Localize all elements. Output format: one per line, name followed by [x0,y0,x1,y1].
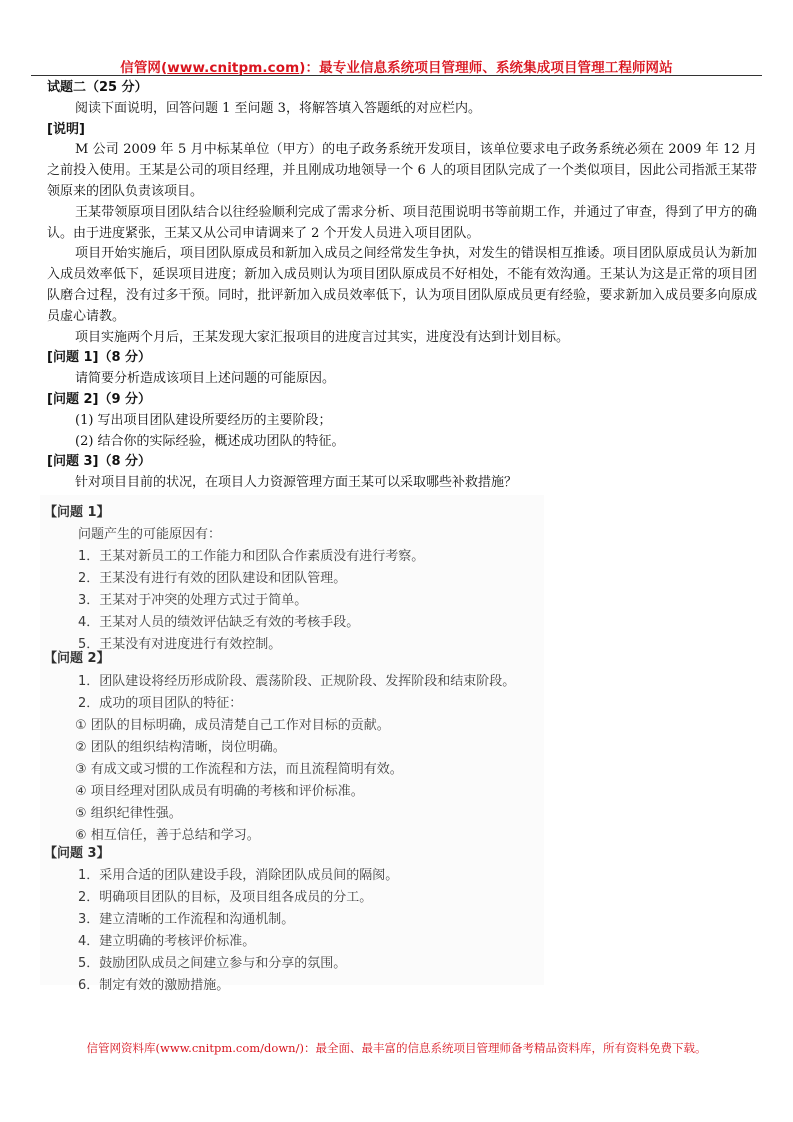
answer-3-item: 6．制定有效的激励措施。 [78,974,229,993]
description-paragraph: 项目开始实施后，项目团队原成员和新加入成员之间经常发生争执，对发生的错误相互推诿… [47,244,757,327]
question-instruction: 阅读下面说明，回答问题 1 至问题 3，将解答填入答题纸的对应栏内。 [47,99,757,120]
sub-question-2-label: [问题 2]（9 分） [47,390,757,411]
answer-2-item: ⑥ 相互信任，善于总结和学习。 [75,824,260,843]
answer-2-item: ④ 项目经理对团队成员有明确的考核和评价标准。 [75,780,364,799]
answer-2-item: ① 团队的目标明确，成员清楚自己工作对目标的贡献。 [75,714,390,733]
sub-question-1-label: [问题 1]（8 分） [47,348,757,369]
answer-2-item: 1．团队建设将经历形成阶段、震荡阶段、正规阶段、发挥阶段和结束阶段。 [78,670,515,689]
header-prefix: 信管网( [120,60,167,76]
answer-2-item: ⑤ 组织纪律性强。 [75,802,182,821]
answer-2-item: ② 团队的组织结构清晰，岗位明确。 [75,736,286,755]
answer-3-item: 1．采用合适的团队建设手段，消除团队成员间的隔阂。 [78,864,398,883]
answer-3-item: 4．建立明确的考核评价标准。 [78,930,255,949]
site-header-banner: 信管网(www.cnitpm.com)：最专业信息系统项目管理师、系统集成项目管… [0,56,793,76]
question-title: 试题二（25 分） [47,78,757,99]
answer-3-item: 5．鼓励团队成员之间建立参与和分享的氛围。 [78,952,346,971]
question-section: 试题二（25 分） 阅读下面说明，回答问题 1 至问题 3，将解答填入答题纸的对… [47,78,757,494]
answer-1-item: 2．王某没有进行有效的团队建设和团队管理。 [78,567,346,586]
answer-1-item: 1．王某对新员工的工作能力和团队合作素质没有进行考察。 [78,545,424,564]
answer-1-item: 4．王某对人员的绩效评估缺乏有效的考核手段。 [78,611,359,630]
answer-3-item: 2．明确项目团队的目标，及项目组各成员的分工。 [78,886,372,905]
sub-question-1-text: 请简要分析造成该项目上述问题的可能原因。 [47,369,757,390]
header-site-link[interactable]: www.cnitpm.com [167,60,299,76]
answer-2-item: ③ 有成文或习惯的工作流程和方法，而且流程简明有效。 [75,758,403,777]
description-paragraph: 王某带领原项目团队结合以往经验顺利完成了需求分析、项目范围说明书等前期工作，并通… [47,203,757,245]
answer-2-item: 2．成功的项目团队的特征： [78,692,242,711]
answer-1-intro: 问题产生的可能原因有： [78,523,221,542]
sub-question-3-text: 针对项目目前的状况，在项目人力资源管理方面王某可以采取哪些补救措施？ [47,473,757,494]
answer-2-label: 【问题 2】 [44,647,110,666]
site-footer-banner: 信管网资料库(www.cnitpm.com/down/)：最全面、最丰富的信息系… [0,1040,793,1056]
header-divider [31,75,762,76]
sub-question-2-item: (2) 结合你的实际经验，概述成功团队的特征。 [47,432,757,453]
answer-scan-image: 【问题 1】 问题产生的可能原因有： 1．王某对新员工的工作能力和团队合作素质没… [40,495,544,985]
sub-question-2-item: (1) 写出项目团队建设所要经历的主要阶段； [47,411,757,432]
sub-question-3-label: [问题 3]（8 分） [47,452,757,473]
answer-1-item: 3．王某对于冲突的处理方式过于简单。 [78,589,307,608]
header-suffix: )：最专业信息系统项目管理师、系统集成项目管理工程师网站 [299,60,672,76]
answer-3-item: 3．建立清晰的工作流程和沟通机制。 [78,908,294,927]
description-paragraph: 项目实施两个月后，王某发现大家汇报项目的进度言过其实，进度没有达到计划目标。 [47,328,757,349]
description-paragraph: M 公司 2009 年 5 月中标某单位（甲方）的电子政务系统开发项目，该单位要… [47,140,757,202]
description-label: [说明] [47,120,757,141]
answer-3-label: 【问题 3】 [44,842,110,861]
answer-1-label: 【问题 1】 [44,501,110,520]
